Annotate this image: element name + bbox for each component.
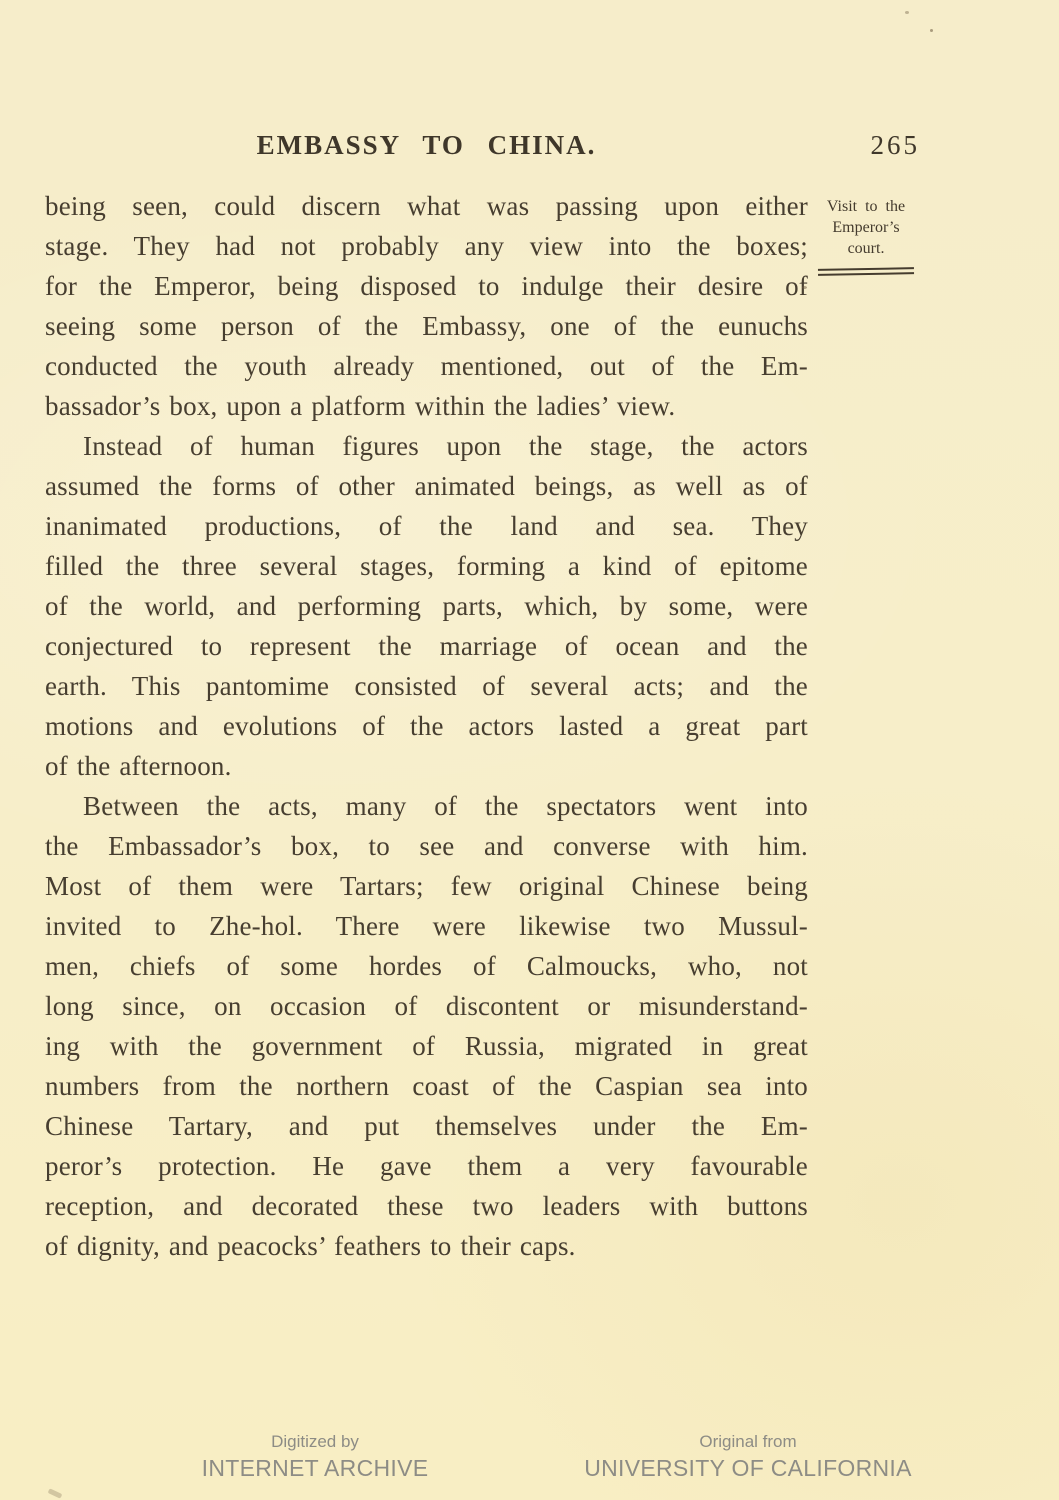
text-line: Most of them were Tartars; few original … [45, 866, 808, 906]
ink-speck [905, 11, 909, 14]
text-line: stage. They had not probably any view in… [45, 226, 808, 266]
margin-note-line: Emperor’s [812, 217, 920, 238]
text-line: conjectured to represent the marriage of… [45, 626, 808, 666]
text-line: reception, and decorated these two leade… [45, 1186, 808, 1226]
text-line: filled the three several stages, forming… [45, 546, 808, 586]
text-line: peror’s protection. He gave them a very … [45, 1146, 808, 1186]
text-line: assumed the forms of other animated bein… [45, 466, 808, 506]
ink-speck [930, 29, 933, 32]
digitized-by-source: INTERNET ARCHIVE [160, 1455, 470, 1482]
book-page-scan: { "document": { "header": { "title": "EM… [0, 0, 1059, 1500]
edge-smudge [48, 1488, 63, 1498]
text-line: being seen, could discern what was passi… [45, 186, 808, 226]
digitized-by-credit: Digitized by INTERNET ARCHIVE [160, 1432, 470, 1482]
text-line: inanimated productions, of the land and … [45, 506, 808, 546]
margin-note-line: Visit to the [812, 196, 920, 217]
text-line: for the Emperor, being disposed to indul… [45, 266, 808, 306]
text-line: of the world, and performing parts, whic… [45, 586, 808, 626]
original-from-label: Original from [578, 1432, 918, 1452]
original-from-credit: Original from UNIVERSITY OF CALIFORNIA [578, 1432, 918, 1482]
original-from-source: UNIVERSITY OF CALIFORNIA [578, 1455, 918, 1482]
text-line: the Embassador’s box, to see and convers… [45, 826, 808, 866]
margin-note-line: court. [812, 238, 920, 259]
text-line: men, chiefs of some hordes of Calmoucks,… [45, 946, 808, 986]
text-line: Between the acts, many of the spectators… [45, 786, 808, 826]
text-line: invited to Zhe-hol. There were likewise … [45, 906, 808, 946]
double-rule [818, 267, 914, 276]
text-line: motions and evolutions of the actors las… [45, 706, 808, 746]
text-line: numbers from the northern coast of the C… [45, 1066, 808, 1106]
text-line: Instead of human figures upon the stage,… [45, 426, 808, 466]
page-text: being seen, could discern what was passi… [45, 186, 808, 1266]
running-title: EMBASSY TO CHINA. [45, 130, 808, 161]
text-line: of dignity, and peacocks’ feathers to th… [45, 1226, 808, 1266]
text-line: long since, on occasion of discontent or… [45, 986, 808, 1026]
page-number: 265 [858, 130, 920, 161]
margin-note: Visit to the Emperor’s court. [812, 196, 920, 275]
ink-speck [802, 286, 807, 289]
text-line: ing with the government of Russia, migra… [45, 1026, 808, 1066]
text-line: earth. This pantomime consisted of sever… [45, 666, 808, 706]
text-line: conducted the youth already mentioned, o… [45, 346, 808, 386]
text-line: Chinese Tartary, and put themselves unde… [45, 1106, 808, 1146]
text-line: of the afternoon. [45, 746, 808, 786]
digitized-by-label: Digitized by [160, 1432, 470, 1452]
text-line: seeing some person of the Embassy, one o… [45, 306, 808, 346]
text-line: bassador’s box, upon a platform within t… [45, 386, 808, 426]
